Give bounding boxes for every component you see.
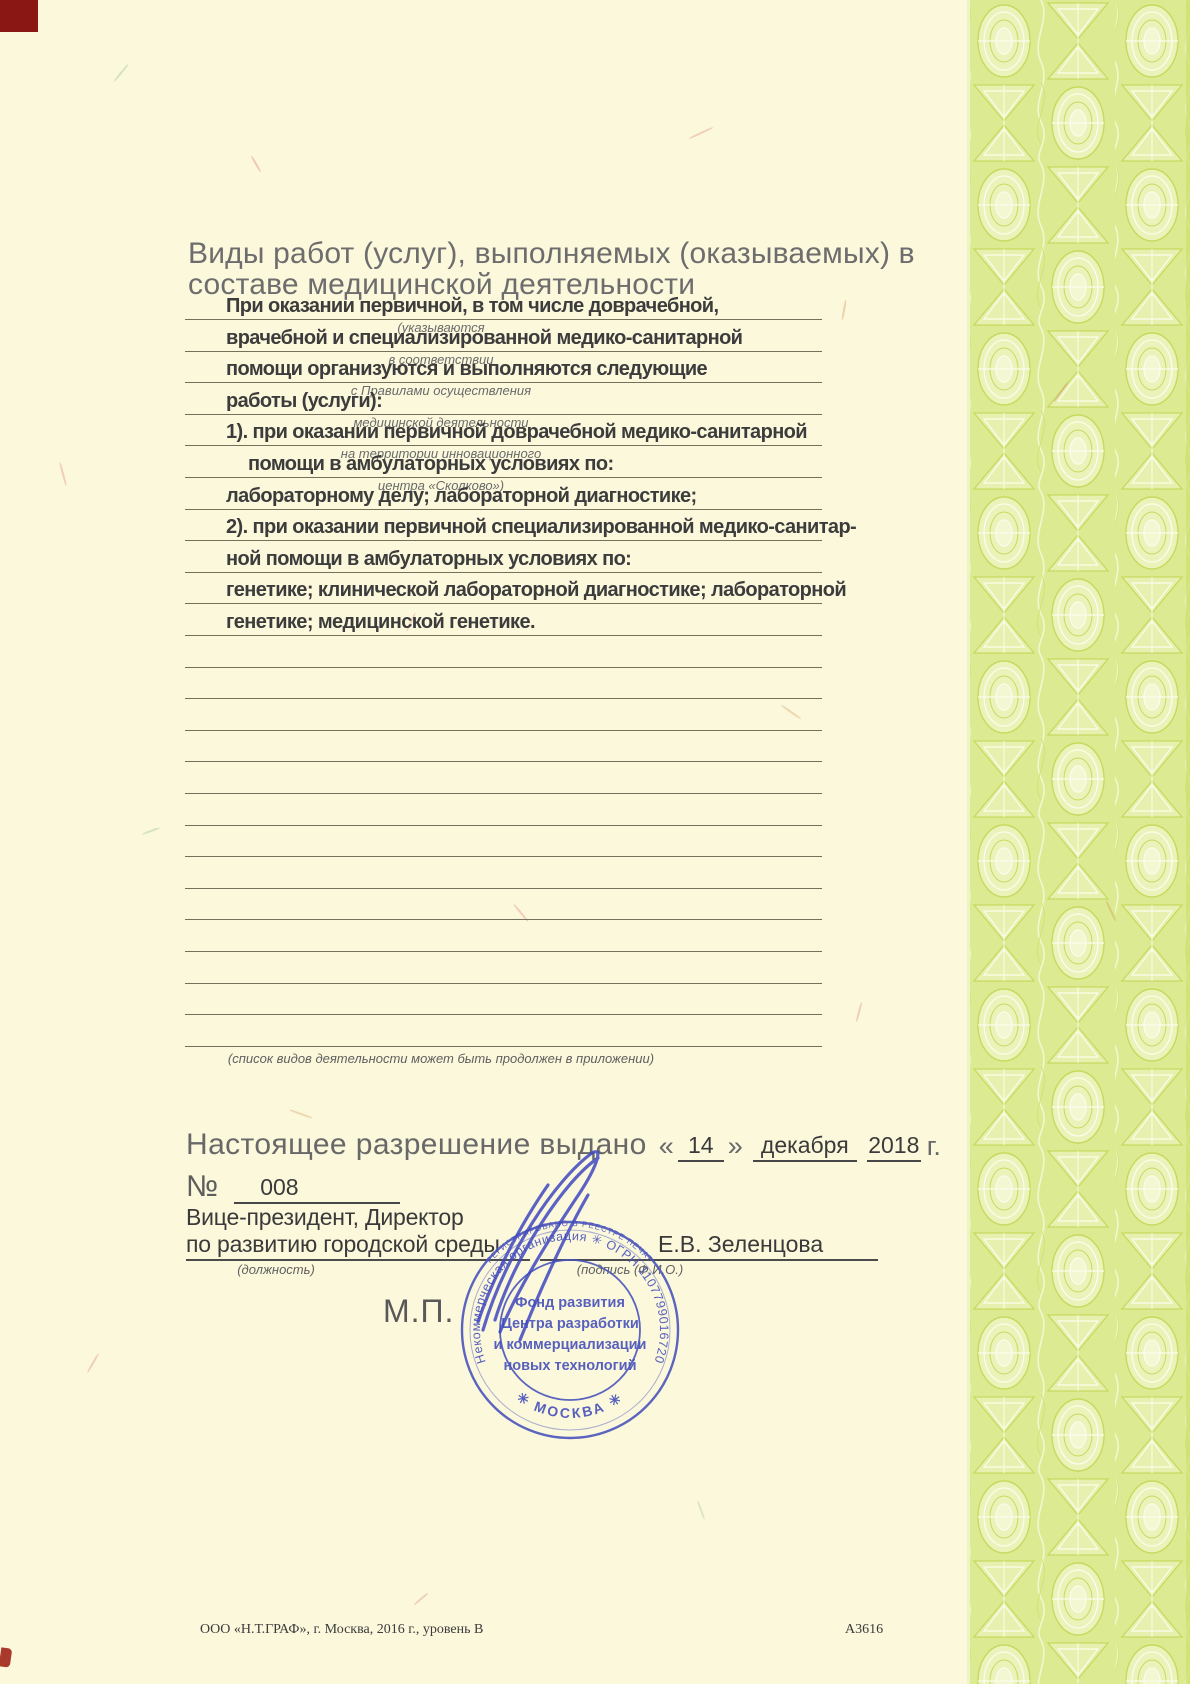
form-code: А3616 bbox=[845, 1622, 883, 1638]
ruled-line-row: 2). при оказании первичной специализиров… bbox=[185, 510, 822, 541]
signatory-name: Е.В. Зеленцова bbox=[658, 1231, 823, 1258]
ruled-line-row bbox=[185, 858, 822, 889]
line-text: генетике; медицинской генетике. bbox=[226, 611, 535, 634]
ruled-line-row bbox=[185, 826, 822, 857]
signatory-position-line2: по развитию городской среды bbox=[186, 1231, 500, 1258]
ruled-line-row: ной помощи в амбулаторных условиях по: bbox=[185, 542, 822, 573]
guilloche-border-strip bbox=[967, 0, 1190, 1684]
stamp-center-line4: новых технологий bbox=[503, 1358, 636, 1374]
ruled-line-row bbox=[185, 637, 822, 668]
line-text: генетике; клинической лабораторной диагн… bbox=[226, 579, 846, 602]
line-text: 1). при оказании первичной доврачебной м… bbox=[226, 421, 807, 444]
stamp-ring-bottom-text: ✳ МОСКВА ✳ bbox=[514, 1389, 626, 1422]
issue-year-suffix: г. bbox=[927, 1131, 941, 1162]
quote-open: « bbox=[659, 1131, 674, 1162]
ruled-line-row: При оказании первичной, в том числе довр… bbox=[185, 289, 822, 320]
issue-date-row: Настоящее разрешение выдано « 14 » декаб… bbox=[186, 1128, 941, 1162]
ruled-line-row bbox=[185, 921, 822, 952]
stamp-center-line2: Центра разработки bbox=[501, 1316, 639, 1332]
permit-number: 008 bbox=[234, 1172, 400, 1204]
ruled-line-row: врачебной и специализированной медико-са… bbox=[185, 321, 822, 352]
ruled-line-row: помощи организуются и выполняются следую… bbox=[185, 352, 822, 383]
line-text: помощи организуются и выполняются следую… bbox=[226, 358, 707, 381]
permit-number-row: № 008 bbox=[186, 1170, 400, 1204]
ruled-line-row: помощи в амбулаторных условиях по:центра… bbox=[185, 447, 822, 478]
quote-close: » bbox=[728, 1131, 743, 1162]
ruled-line-row: генетике; медицинской генетике. bbox=[185, 605, 822, 636]
ruled-line-row bbox=[185, 700, 822, 731]
issue-month: декабря bbox=[753, 1130, 857, 1162]
line-text: лабораторному делу; лабораторной диагнос… bbox=[226, 485, 697, 508]
stamp-center-line1: Фонд развития bbox=[515, 1295, 625, 1311]
issue-prefix: Настоящее разрешение выдано bbox=[186, 1128, 647, 1162]
ruled-line-row bbox=[185, 731, 822, 762]
issue-year: 2018 bbox=[867, 1130, 921, 1162]
scan-corner-mark-bottom-left bbox=[0, 1647, 12, 1667]
svg-text:✳ МОСКВА ✳: ✳ МОСКВА ✳ bbox=[514, 1389, 626, 1422]
ruled-lines: При оказании первичной, в том числе довр… bbox=[185, 289, 822, 1079]
scan-corner-mark-top-left bbox=[0, 0, 38, 32]
ruled-line-row bbox=[185, 795, 822, 826]
organization-stamp: ЗАРЕГИСТРИРОВАНО В РЕЕСТРЕ ПЕЧАТЕЙ Неком… bbox=[458, 1218, 682, 1442]
ruled-line-row bbox=[185, 763, 822, 794]
line-text: работы (услуги): bbox=[226, 390, 382, 413]
line-text: ной помощи в амбулаторных условиях по: bbox=[226, 548, 631, 571]
printer-imprint: ООО «Н.Т.ГРАФ», г. Москва, 2016 г., уров… bbox=[200, 1622, 483, 1638]
line-text: врачебной и специализированной медико-са… bbox=[226, 327, 742, 350]
ruled-line-row bbox=[185, 668, 822, 699]
line-text: При оказании первичной, в том числе довр… bbox=[226, 295, 718, 318]
ruled-line-row: работы (услуги):медицинской деятельности bbox=[185, 384, 822, 415]
line-text: помощи в амбулаторных условиях по: bbox=[248, 453, 614, 476]
position-caption: (должность) bbox=[196, 1262, 356, 1277]
ruled-line-row: лабораторному делу; лабораторной диагнос… bbox=[185, 479, 822, 510]
line-text: 2). при оказании первичной специализиров… bbox=[226, 516, 856, 539]
stamp-center-line3: и коммерциализации bbox=[494, 1337, 647, 1353]
issue-day: 14 bbox=[678, 1130, 724, 1162]
number-sign: № bbox=[186, 1170, 218, 1204]
ruled-line-row bbox=[185, 953, 822, 984]
seal-place-mark: М.П. bbox=[383, 1293, 454, 1330]
ruled-line-row bbox=[185, 984, 822, 1015]
list-continuation-note: (список видов деятельности может быть пр… bbox=[185, 1051, 697, 1066]
ruled-line-row: генетике; клинической лабораторной диагн… bbox=[185, 573, 822, 604]
ruled-line-row bbox=[185, 1016, 822, 1047]
ruled-line-row: 1). при оказании первичной доврачебной м… bbox=[185, 415, 822, 446]
document-title-line1: Виды работ (услуг), выполняемых (оказыва… bbox=[188, 238, 948, 269]
signatory-position-line1: Вице-президент, Директор bbox=[186, 1204, 464, 1231]
ruled-line-row bbox=[185, 889, 822, 920]
